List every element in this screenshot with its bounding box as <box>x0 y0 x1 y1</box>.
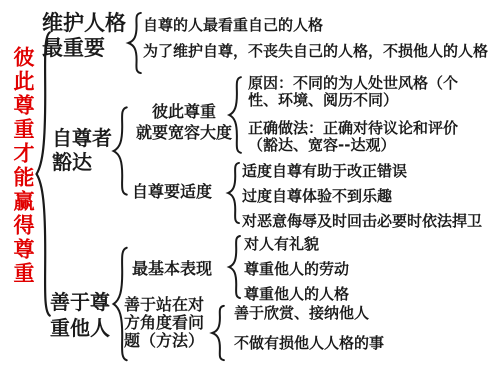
leaf-item: 过度自尊体验不到乐趣 <box>242 188 482 204</box>
leaf-item: 尊重他人的劳动 <box>244 261 349 277</box>
leaf-item: 对人有礼貌 <box>244 236 349 252</box>
branch-self-esteem-openminded-label: 自尊者 豁达 <box>52 126 112 174</box>
brace-branch2 <box>111 106 128 196</box>
leaf-item: 对恶意侮辱及时回击必要时依法捍卫 <box>242 213 482 229</box>
brace-branch3-sub2 <box>210 305 225 361</box>
branch-respect-others-label: 善于尊 重他人 <box>50 289 110 341</box>
branch1-items: 自尊的人最看重自己的人格 为了维护自尊，不丧失自己的人格，不损他人的人格 <box>143 17 488 69</box>
leaf-item: 自尊的人最看重自己的人格 <box>143 17 488 34</box>
branch-maintain-dignity-label: 维护人格 最重要 <box>42 11 126 61</box>
branch3-sub2-items: 善于欣赏、接纳他人 不做有损他人人格的事 <box>234 305 384 365</box>
branch3-sub1-items: 对人有礼貌 尊重他人的劳动 尊重他人的人格 <box>244 236 349 311</box>
sub-mutual-respect-tolerance-label: 彼此尊重 就要宽容大度 <box>132 101 236 143</box>
brace-branch1 <box>126 12 142 74</box>
main-title: 彼此尊重才能赢得尊重 <box>10 46 36 286</box>
brace-main <box>34 28 51 320</box>
leaf-item: 为了维护自尊，不丧失自己的人格，不损他人的人格 <box>143 43 488 60</box>
leaf-item: 正确做法：正确对待议论和评价（豁达、宽容--达观） <box>248 120 470 154</box>
leaf-item: 适度自尊有助于改正错误 <box>242 163 482 179</box>
sub-moderate-self-esteem-label: 自尊要适度 <box>132 181 212 202</box>
sub-basic-expressions-label: 最基本表现 <box>132 258 212 279</box>
brace-branch2-sub1 <box>227 76 242 154</box>
brace-branch2-sub2 <box>226 162 240 224</box>
leaf-item: 不做有损他人人格的事 <box>234 335 384 351</box>
concept-map-canvas: 彼此尊重才能赢得尊重 维护人格 最重要 自尊的人最看重自己的人格 为了维护自尊，… <box>0 0 500 375</box>
leaf-item: 尊重他人的人格 <box>244 286 349 302</box>
brace-branch3-sub1 <box>227 235 241 299</box>
leaf-item: 善于欣赏、接纳他人 <box>234 305 384 321</box>
branch2-sub1-items: 原因：不同的为人处世风格（个性、环境、阅历不同） 正确做法：正确对待议论和评价（… <box>248 75 470 165</box>
branch2-sub2-items: 适度自尊有助于改正错误 过度自尊体验不到乐趣 对恶意侮辱及时回击必要时依法捍卫 <box>242 163 482 238</box>
leaf-item: 原因：不同的为人处世风格（个性、环境、阅历不同） <box>248 75 470 109</box>
sub-perspective-method-label: 善于站在对 方角度看问 题（方法） <box>124 296 204 350</box>
